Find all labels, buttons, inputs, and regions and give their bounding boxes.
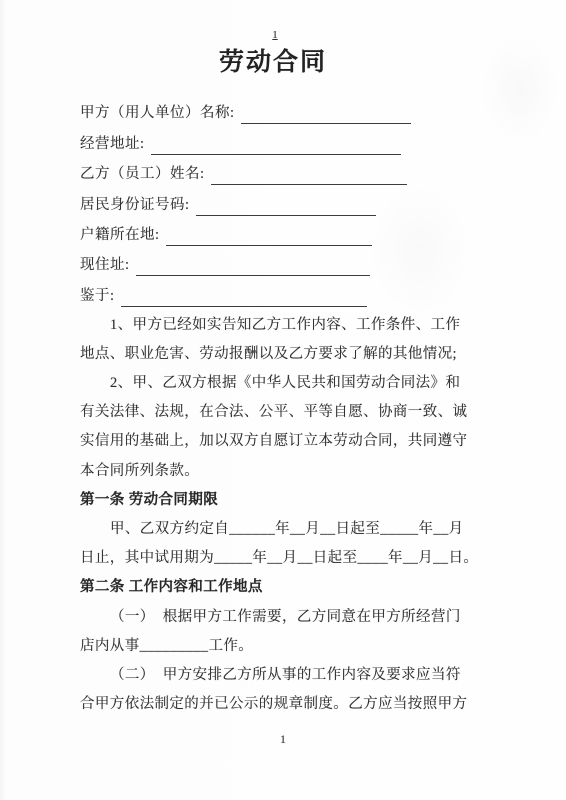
- clause-line: 日止，其中试用期为_____年__月__日起至____年__月__日。: [80, 544, 530, 573]
- document-title: 劳动合同: [0, 46, 566, 78]
- field-row: 甲方（用人单位）名称:: [80, 94, 530, 124]
- footnote-ref: 1: [272, 30, 277, 42]
- field-label: 鉴于:: [80, 286, 115, 307]
- blank-line: [121, 286, 367, 307]
- section-heading: 第一条 劳动合同期限: [80, 486, 530, 515]
- blank-line: [211, 164, 407, 185]
- clause-line: 店内从事_________工作。: [80, 632, 530, 661]
- blank-line: [166, 225, 372, 246]
- section-heading: 第二条 工作内容和工作地点: [80, 573, 530, 602]
- clause-line: （二） 甲方安排乙方所从事的工作内容及要求应当符: [80, 661, 530, 690]
- document-page: 1 劳动合同 甲方（用人单位）名称:经营地址:乙方（员工）姓名:居民身份证号码:…: [0, 0, 566, 800]
- clause-line: 甲、乙双方约定自______年__月__日起至_____年__月: [80, 515, 530, 544]
- footnote-ref-row: 1: [0, 0, 566, 42]
- clause-line: 本合同所列条款。: [80, 457, 530, 486]
- blank-line: [136, 255, 370, 276]
- page-number: 1: [0, 732, 566, 746]
- field-label: 乙方（员工）姓名:: [80, 164, 205, 185]
- blank-line: [241, 103, 411, 124]
- clause-line: 有关法律、法规，在合法、公平、平等自愿、协商一致、诚: [80, 398, 530, 427]
- clause-line: 2、甲、乙双方根据《中华人民共和国劳动合同法》和: [80, 369, 530, 398]
- field-list: 甲方（用人单位）名称:经营地址:乙方（员工）姓名:居民身份证号码:户籍所在地:现…: [80, 94, 530, 307]
- blank-line: [151, 134, 401, 155]
- clause-line: 实信用的基础上，加以双方自愿订立本劳动合同，共同遵守: [80, 427, 530, 456]
- field-label: 甲方（用人单位）名称:: [80, 103, 235, 124]
- blank-line: [196, 195, 376, 216]
- field-row: 乙方（员工）姓名:: [80, 155, 530, 185]
- field-row: 经营地址:: [80, 124, 530, 154]
- field-label: 现住址:: [80, 255, 130, 276]
- field-row: 居民身份证号码:: [80, 185, 530, 215]
- field-label: 户籍所在地:: [80, 225, 160, 246]
- clause-line: （一） 根据甲方工作需要，乙方同意在甲方所经营门: [80, 603, 530, 632]
- field-row: 鉴于:: [80, 276, 530, 306]
- field-label: 经营地址:: [80, 134, 145, 155]
- clause-line: 地点、职业危害、劳动报酬以及乙方要求了解的其他情况;: [80, 340, 530, 369]
- document-content: 甲方（用人单位）名称:经营地址:乙方（员工）姓名:居民身份证号码:户籍所在地:现…: [0, 94, 566, 719]
- body-lines: 1、甲方已经如实告知乙方工作内容、工作条件、工作地点、职业危害、劳动报酬以及乙方…: [80, 311, 530, 720]
- field-row: 现住址:: [80, 246, 530, 276]
- field-row: 户籍所在地:: [80, 216, 530, 246]
- clause-line: 1、甲方已经如实告知乙方工作内容、工作条件、工作: [80, 311, 530, 340]
- clause-line: 合甲方依法制定的并已公示的规章制度。乙方应当按照甲方: [80, 690, 530, 719]
- field-label: 居民身份证号码:: [80, 195, 190, 216]
